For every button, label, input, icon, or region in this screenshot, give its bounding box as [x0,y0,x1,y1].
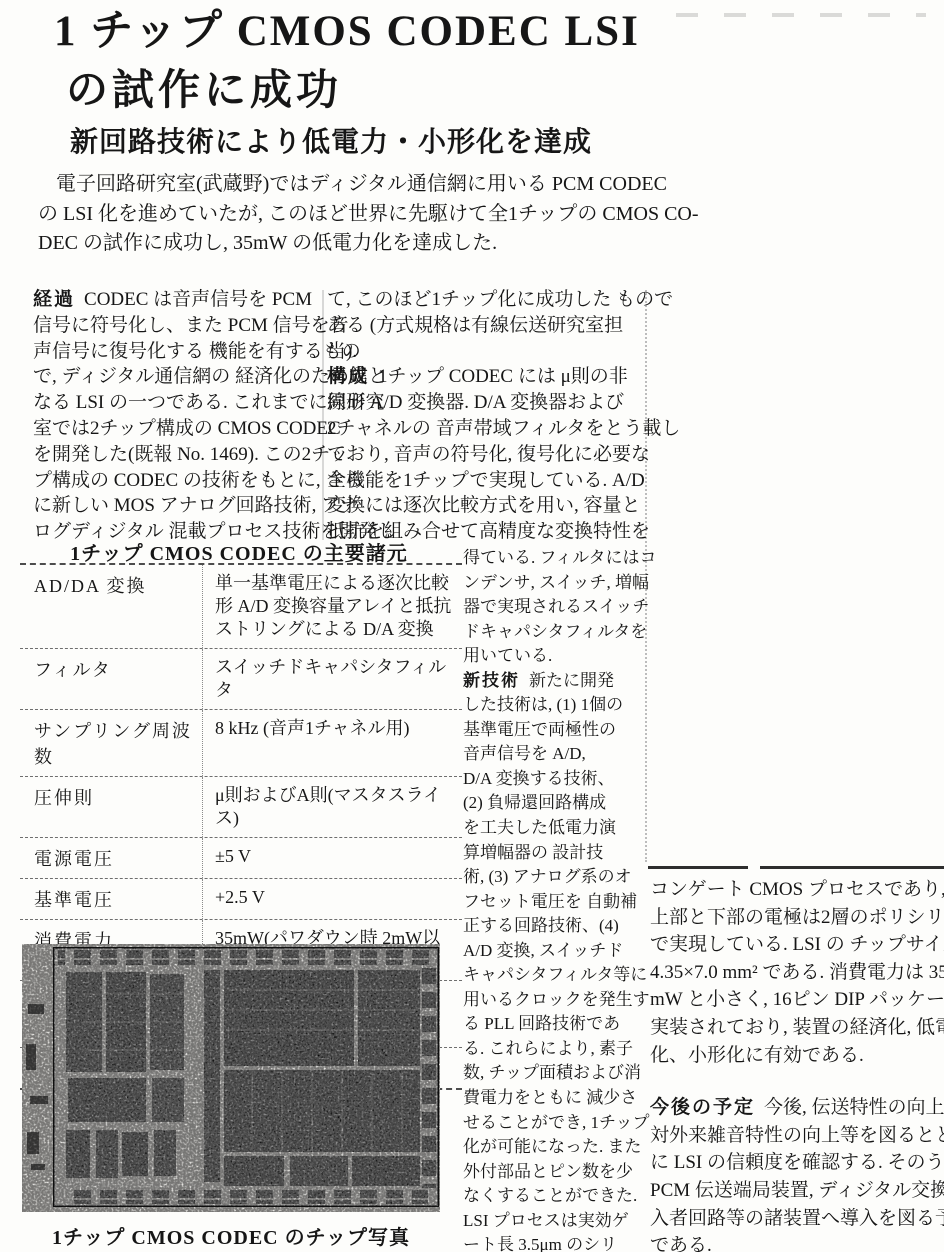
spec-table-row: 電源電圧±5 V [20,837,462,878]
text-line: 線形 A/D 変換器. D/A 変換器および [327,390,643,416]
text-line: ドキャパシタフィルタを [463,620,643,645]
text-line: る PLL 回路技術であ [463,1012,643,1037]
text-line: 2チャネルの 音声帯域フィルタをとう載し [327,416,643,442]
spec-label: 基準電圧 [20,879,202,919]
text-line: 音声信号を A/D, [463,742,643,767]
text-line: である. [650,1232,944,1252]
text-line: て, このほど1チップ化に成功した もので [327,287,643,313]
text-line: A/D 変換, スイッチド [463,939,643,964]
article-title-line2: の試作に成功 [54,66,640,116]
text-line: 器で実現されるスイッチ [463,595,643,620]
text-line: 費電力をともに 減少さ [463,1086,643,1111]
paragraph-lead: 新技術 [463,671,520,690]
text-line: 算増幅器の 設計技 [463,841,643,866]
spec-value: スイッチドキャパシタフィルタ [202,649,462,709]
text-line: を工夫した低電力演 [463,816,643,841]
text-line: 全機能を1チップで実現している. A/D [327,468,643,494]
text-line: を開発した(既報 No. 1469). この2チッ [33,442,325,468]
spec-table-row: 圧伸則μ則およびA則(マスタスライス) [20,776,462,837]
text-line: DEC の試作に成功し, 35mW の低電力化を達成した. [38,229,642,259]
text-line: 術, (3) アナログ系のオ [463,865,643,890]
text-line: 正する回路技術、(4) [463,914,643,939]
body-column-2-narrow: 得ている. フィルタにはコンデンサ, スイッチ, 増幅器で実現されるスイッチドキ… [463,546,643,1252]
text-line: PCM 伝送端局装置, ディジタル交換加 [650,1177,944,1205]
text-line: 化が可能になった. また [463,1135,643,1160]
text-line: 用いるクロックを発生す [463,988,643,1013]
text-line: なくすることができた. [463,1184,643,1209]
text-line: 電子回路研究室(武蔵野)ではディジタル通信網に用いる PCM CODEC [38,170,642,200]
text-line: (2) 負帰還回路構成 [463,791,643,816]
spec-table-row: AD/DA 変換単一基準電圧による逐次比較形 A/D 変換容量アレイと抵抗ストリ… [20,565,462,648]
text-line: 当). [327,339,643,365]
text-line: LSI プロセスは実効ゲ [463,1209,643,1234]
article-title-line1: 1 チップ CMOS CODEC LSI [54,6,640,58]
text-line: に新しい MOS アナログ回路技術, アナ [33,493,325,519]
text-line: 声信号に復号化する 機能を有するもの [33,339,325,365]
spec-table-row: 基準電圧+2.5 V [20,878,462,919]
text-line: コンゲート CMOS プロセスであり, 容量の [650,876,944,904]
column3-paragraph-2: 今後の予定今後, 伝送特性の向上,対外来雑音特性の向上等を図るとともに LSI … [650,1094,944,1252]
text-line: 対外来雑音特性の向上等を図るととも [650,1122,944,1150]
text-line: る. これらにより, 素子 [463,1037,643,1062]
spec-label: フィルタ [20,649,202,709]
chip-die-photo [22,944,440,1212]
text-line: 外付部品とピン数を少 [463,1160,643,1185]
text-line: で実現している. LSI の チップサイズは [650,931,944,959]
paragraph-lead: 今後の予定 [650,1097,755,1118]
text-line: なる LSI の一つである. これまでに同研究 [33,390,325,416]
spec-label: AD/DA 変換 [20,565,202,648]
photo-caption: 1チップ CMOS CODEC のチップ写真 [22,1221,440,1250]
text-line: 構成1チップ CODEC には μ則の非 [327,364,643,390]
body-column-2-upper: て, このほど1チップ化に成功した ものである (方式規格は有線伝送研究室担当)… [327,287,643,545]
scan-artifact-specks [676,13,926,17]
text-line: 化、小形化に有効である. [650,1042,944,1070]
text-line: ート長 3.5μm のシリ [463,1233,643,1252]
text-line: 新技術新たに開発 [463,669,643,694]
text-line: 基準電圧で両極性の [463,718,643,743]
text-line: 数, チップ面積および消 [463,1061,643,1086]
spec-value: ±5 V [202,838,462,878]
text-line: 入者回路等の諸装置へ導入を図る予定 [650,1205,944,1233]
article-subtitle: 新回路技術により低電力・小形化を達成 [70,120,592,160]
paragraph-lead: 構成 [327,366,369,387]
spec-label: サンプリング周波数 [20,710,202,776]
article-title: 1 チップ CMOS CODEC LSI の試作に成功 [54,6,640,116]
spec-table-row: フィルタスイッチドキャパシタフィルタ [20,648,462,709]
text-line: 今後の予定今後, 伝送特性の向上, [650,1094,944,1122]
text-line: キャパシタフィルタ等に [463,963,643,988]
text-line: D/A 変換する技術、 [463,767,643,792]
text-line: mW と小さく, 16ピン DIP パッケージに [650,986,944,1014]
text-line: 4.35×7.0 mm² である. 消費電力は 35 [650,959,944,987]
spec-label: 電源電圧 [20,838,202,878]
text-line: プ構成の CODEC の技術をもとに, さら [33,468,325,494]
text-line: 経過CODEC は音声信号を PCM [33,287,325,313]
text-line: せることができ, 1チップ [463,1111,643,1136]
spec-label: 圧伸則 [20,777,202,837]
spec-table-row: サンプリング周波数8 kHz (音声1チャネル用) [20,709,462,776]
text-line: の LSI 化を進めていたが, このほど世界に先駆けて全1チップの CMOS C… [38,200,642,230]
spec-value: 単一基準電圧による逐次比較形 A/D 変換容量アレイと抵抗ストリングによる D/… [202,565,462,648]
lead-paragraph: 電子回路研究室(武蔵野)ではディジタル通信網に用いる PCM CODECの LS… [38,170,642,259]
body-column-3: コンゲート CMOS プロセスであり, 容量の上部と下部の電極は2層のポリシリコ… [650,876,944,1252]
column3-top-rule [648,866,944,869]
text-line: 上部と下部の電極は2層のポリシリコン [650,904,944,932]
text-line: 室では2チップ構成の CMOS CODEC [33,416,325,442]
text-line: 変換には逐次比較方式を用い, 容量と [327,493,643,519]
spec-value: +2.5 V [202,879,462,919]
spec-table-title: 1チップ CMOS CODEC の主要諸元 [18,537,460,566]
column3-paragraph-1: コンゲート CMOS プロセスであり, 容量の上部と下部の電極は2層のポリシリコ… [650,876,944,1069]
paragraph-lead: 経過 [33,289,75,310]
text-line: 得ている. フィルタにはコ [463,546,643,571]
text-line: 信号に符号化し、また PCM 信号を音 [33,313,325,339]
text-line: で, ディジタル通信網の 経済化のため鍵と [33,364,325,390]
spec-value: μ則およびA則(マスタスライス) [202,777,462,837]
text-line: した技術は, (1) 1個の [463,693,643,718]
text-line: ており, 音声の符号化, 復号化に必要な [327,442,643,468]
text-line: に LSI の信頼度を確認する. そのうえ [650,1149,944,1177]
text-line: ある (方式規格は有線伝送研究室担 [327,313,643,339]
spec-value: 8 kHz (音声1チャネル用) [202,710,462,776]
text-line: 用いている. [463,644,643,669]
body-column-1: 経過CODEC は音声信号を PCM信号に符号化し、また PCM 信号を音声信号… [33,287,325,545]
text-line: 実装されており, 装置の経済化, 低電力 [650,1014,944,1042]
text-line: フセット電圧を 自動補 [463,890,643,915]
scanned-article-page: 1 チップ CMOS CODEC LSI の試作に成功 新回路技術により低電力・… [0,0,944,1252]
text-line: ンデンサ, スイッチ, 増幅 [463,571,643,596]
